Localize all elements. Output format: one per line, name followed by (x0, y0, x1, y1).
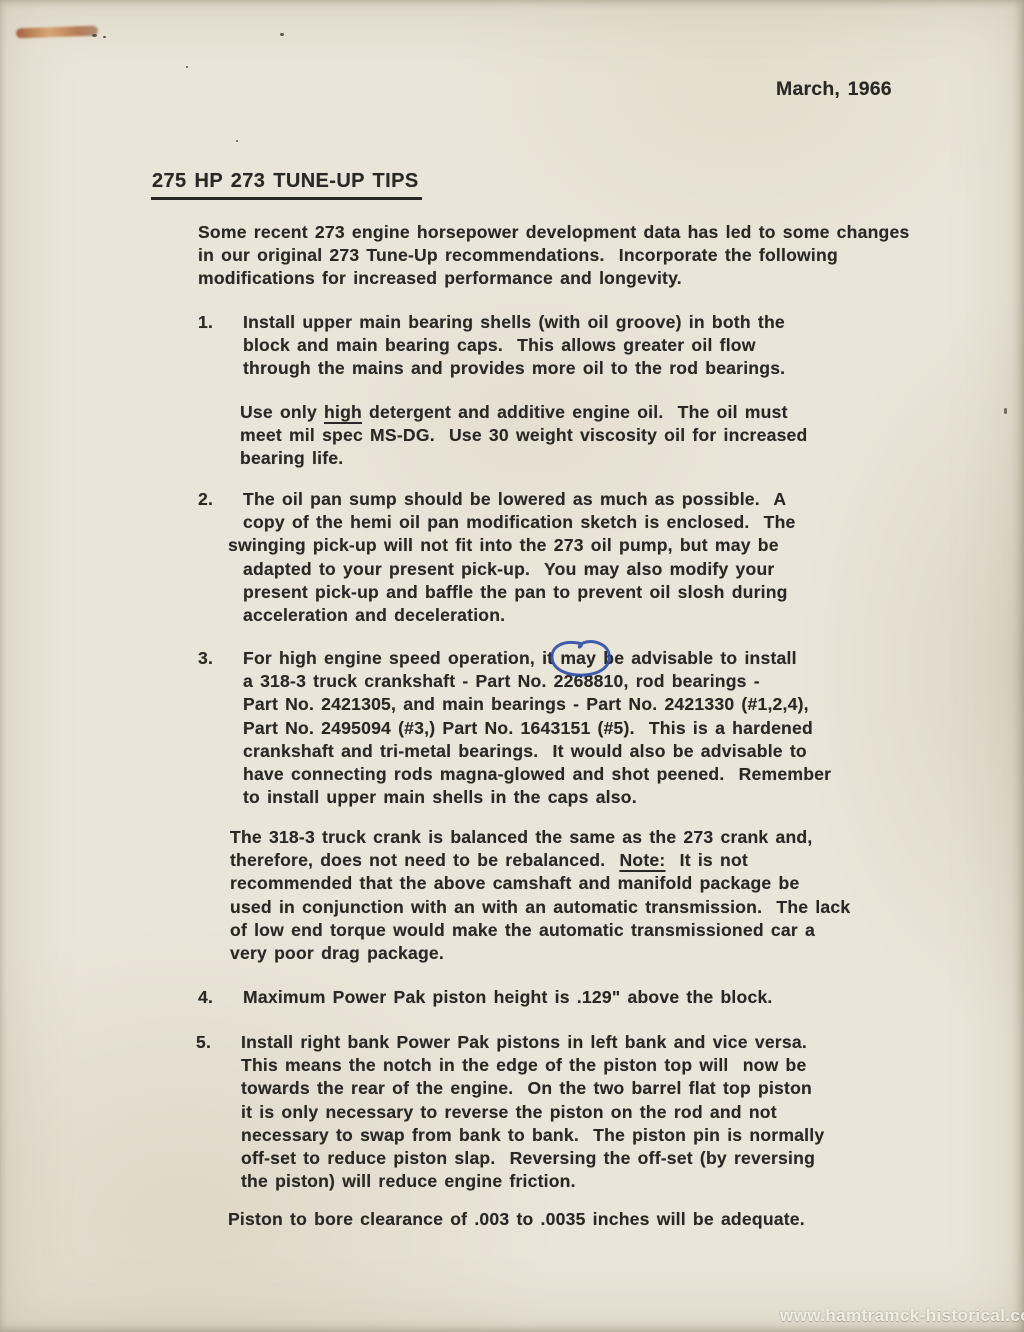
list-item-5: 5. Install right bank Power Pak pistons … (196, 1031, 824, 1193)
text-line: have connecting rods magna-glowed and sh… (243, 763, 831, 786)
document-date: March, 1966 (776, 78, 892, 101)
text-segment: therefore, does not need to be rebalance… (230, 850, 619, 870)
list-item-2: 2. The oil pan sump should be lowered as… (198, 488, 796, 627)
text-line: therefore, does not need to be rebalance… (230, 849, 850, 872)
text-line: of low end torque would make the automat… (230, 919, 850, 942)
text-line: The 318-3 truck crank is balanced the sa… (230, 826, 850, 849)
text-line: Install right bank Power Pak pistons in … (241, 1031, 824, 1054)
list-item-number: 1. (198, 311, 243, 381)
text-segment: be advisable to install (596, 648, 797, 668)
text-line: off-set to reduce piston slap. Reversing… (241, 1147, 824, 1170)
text-segment: For high engine speed operation, it (243, 648, 560, 668)
paragraph-lines: a 318-3 truck crankshaft - Part No. 2268… (243, 670, 831, 809)
text-line: The oil pan sump should be lowered as mu… (243, 488, 796, 511)
rust-stain (16, 26, 98, 39)
text-line: Part No. 2495094 (#3,) Part No. 1643151 … (243, 717, 831, 740)
text-line: Part No. 2421305, and main bearings - Pa… (243, 693, 831, 716)
text-line: a 318-3 truck crankshaft - Part No. 2268… (243, 670, 831, 693)
item-3-continuation-paragraph: The 318-3 truck crank is balanced the sa… (230, 826, 850, 965)
document-page: March, 1966 275 HP 273 TUNE-UP TIPS Some… (0, 0, 1024, 1332)
list-item-4: 4. Maximum Power Pak piston height is .1… (198, 986, 773, 1009)
text-segment: It is not (665, 850, 748, 870)
pen-circled-word: may (560, 647, 596, 670)
item-1-continuation-paragraph: Use only high detergent and additive eng… (240, 401, 807, 471)
list-item-text: For high engine speed operation, it may … (243, 647, 831, 809)
underlined-word: high (324, 402, 362, 422)
closing-paragraph: Piston to bore clearance of .003 to .003… (228, 1208, 805, 1231)
text-line: Install upper main bearing shells (with … (243, 311, 785, 334)
text-line: Piston to bore clearance of .003 to .003… (228, 1208, 805, 1231)
text-line: it is only necessary to reverse the pist… (241, 1101, 824, 1124)
text-line: meet mil spec MS-DG. Use 30 weight visco… (240, 424, 807, 447)
text-line: bearing life. (240, 447, 807, 470)
text-line: Maximum Power Pak piston height is .129"… (243, 986, 773, 1009)
text-line: towards the rear of the engine. On the t… (241, 1077, 824, 1100)
text-segment: detergent and additive engine oil. The o… (362, 402, 788, 422)
text-line: For high engine speed operation, it may … (243, 647, 831, 670)
list-item-text: Install right bank Power Pak pistons in … (241, 1031, 824, 1193)
paper-speck (92, 34, 97, 37)
list-item-number: 4. (198, 986, 243, 1009)
list-item-3: 3. For high engine speed operation, it m… (198, 647, 831, 809)
paper-speck (186, 66, 188, 68)
text-line: crankshaft and tri-metal bearings. It wo… (243, 740, 831, 763)
paper-speck (1004, 408, 1007, 414)
watermark: www.hamtramck-historical.com (780, 1306, 1024, 1326)
intro-paragraph: Some recent 273 engine horsepower develo… (198, 221, 909, 291)
paper-speck (236, 140, 238, 142)
list-item-text: The oil pan sump should be lowered as mu… (243, 488, 796, 627)
text-line: used in conjunction with an with an auto… (230, 896, 850, 919)
paragraph-lines: recommended that the above camshaft and … (230, 872, 850, 965)
text-line: through the mains and provides more oil … (243, 357, 785, 380)
paper-speck (280, 33, 284, 36)
document-title: 275 HP 273 TUNE-UP TIPS (151, 170, 422, 200)
text-line: This means the notch in the edge of the … (241, 1054, 824, 1077)
list-item-text: Install upper main bearing shells (with … (243, 311, 785, 381)
text-line: recommended that the above camshaft and … (230, 872, 850, 895)
list-item-text: Maximum Power Pak piston height is .129"… (243, 986, 773, 1009)
text-line: to install upper main shells in the caps… (243, 786, 831, 809)
text-line: present pick-up and baffle the pan to pr… (243, 581, 796, 604)
text-line: the piston) will reduce engine friction. (241, 1170, 824, 1193)
list-item-number: 2. (198, 488, 243, 627)
list-item-1: 1. Install upper main bearing shells (wi… (198, 311, 785, 381)
underlined-word: Note: (619, 850, 665, 870)
text-line: necessary to swap from bank to bank. The… (241, 1124, 824, 1147)
text-line: adapted to your present pick-up. You may… (243, 558, 796, 581)
text-line: block and main bearing caps. This allows… (243, 334, 785, 357)
text-line: modifications for increased performance … (198, 267, 909, 290)
paper-speck (103, 36, 106, 38)
text-line: in our original 273 Tune-Up recommendati… (198, 244, 909, 267)
text-line: copy of the hemi oil pan modification sk… (243, 511, 796, 534)
circled-word-text: may (560, 648, 596, 668)
list-item-number: 3. (198, 647, 243, 809)
paragraph-lines: meet mil spec MS-DG. Use 30 weight visco… (240, 424, 807, 470)
text-line: Use only high detergent and additive eng… (240, 401, 807, 424)
text-line: Some recent 273 engine horsepower develo… (198, 221, 909, 244)
list-item-number: 5. (196, 1031, 241, 1193)
text-line: swinging pick-up will not fit into the 2… (228, 534, 796, 557)
text-segment: Use only (240, 402, 324, 422)
text-line: very poor drag package. (230, 942, 850, 965)
text-line: acceleration and deceleration. (243, 604, 796, 627)
